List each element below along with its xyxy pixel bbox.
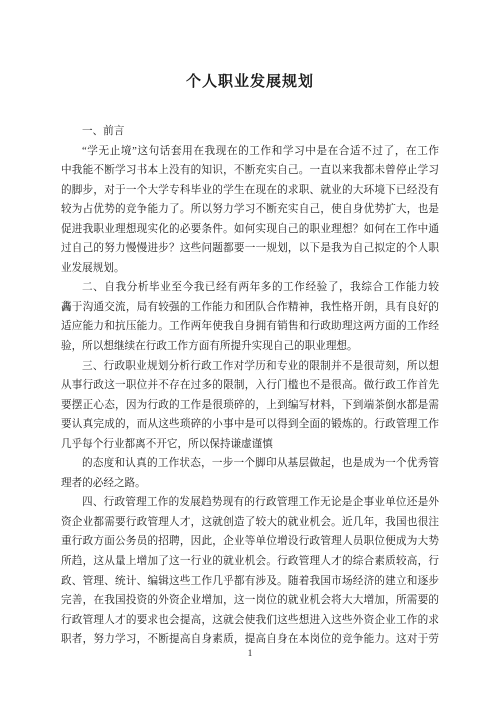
text-line: 的脚步，对于一个大学专科毕业的学生在现在的求职、就业的大环境下已经没有 [61, 181, 439, 201]
text-line: 验，所以想继续在行政工作方面有所提升实现自己的职业理想。 [61, 337, 439, 357]
text-line: 促进我职业理想现实化的必要条件。如何实现自己的职业理想？如何在工作中通 [61, 220, 439, 240]
page-number: 1 [0, 647, 500, 659]
text-line: 业发展规划。 [61, 259, 439, 279]
text-line: 从事行政这一职位并不存在过多的限制，入行门槛也不是很高。做行政工作首先 [61, 376, 439, 396]
text-line: 一、前言 [61, 122, 439, 142]
text-line: 所趋，这从量上增加了这一行业的就业机会。行政管理人才的综合素质较高，行 [61, 552, 439, 572]
document-body: 一、前言“学无止境”这句话套用在我现在的工作和学习中是在合适不过了，在工作中我能… [61, 122, 439, 650]
text-line: “学无止境”这句话套用在我现在的工作和学习中是在合适不过了，在工作 [61, 142, 439, 162]
text-line: 几乎每个行业都离不开它，所以保持谦虚谨慎 [61, 435, 439, 455]
text-line: 政、管理、统计、编辑这些工作几乎都有涉及。随着我国市场经济的建立和逐步 [61, 572, 439, 592]
text-line: 二、自我分析毕业至今我已经有两年多的工作经验了，我综合工作能力较高， [61, 278, 439, 298]
text-line: 四、行政管理工作的发展趋势现有的行政管理工作无论是企事业单位还是外 [61, 493, 439, 513]
document-title: 个人职业发展规划 [0, 72, 500, 92]
text-line: 行政管理人才的要求也会提高，这就会使我们这些想进入这些外资企业工作的求 [61, 611, 439, 631]
text-line: 善于沟通交流，局有较强的工作能力和团队合作精神，我性格开朗，具有良好的 [61, 298, 439, 318]
text-line: 较为占优势的竞争能力了。所以努力学习不断充实自己，使自身优势扩大，也是 [61, 200, 439, 220]
text-line: 资企业都需要行政管理人才，这就创造了较大的就业机会。近几年，我国也很注 [61, 513, 439, 533]
text-line: 适应能力和抗压能力。工作两年使我自身拥有销售和行政助理这两方面的工作经 [61, 317, 439, 337]
text-line: 过自己的努力慢慢进步？这些问题都要一一规划，以下是我为自己拟定的个人职 [61, 239, 439, 259]
text-line: 完善，在我国投资的外资企业增加，这一岗位的就业机会将大大增加，所需要的 [61, 591, 439, 611]
text-line: 要认真完成的，而从这些琐碎的小事中是可以得到全面的锻炼的。行政管理工作 [61, 415, 439, 435]
text-line: 要摆正心态，因为行政的工作是很琐碎的，上到编写材料，下到端茶倒水都是需 [61, 396, 439, 416]
text-line: 理者的必经之路。 [61, 474, 439, 494]
text-line: 三、行政职业规划分析行政工作对学历和专业的限制并不是很苛刻，所以想 [61, 357, 439, 377]
text-line: 中我能不断学习书本上没有的知识，不断充实自己。一直以来我都未曾停止学习 [61, 161, 439, 181]
text-line: 的态度和认真的工作状态，一步一个脚印从基层做起，也是成为一个优秀管 [61, 454, 439, 474]
text-line: 重行政方面公务员的招聘，因此，企业等单位增设行政管理人员职位便成为大势 [61, 532, 439, 552]
document-page: 个人职业发展规划 一、前言“学无止境”这句话套用在我现在的工作和学习中是在合适不… [0, 0, 500, 708]
